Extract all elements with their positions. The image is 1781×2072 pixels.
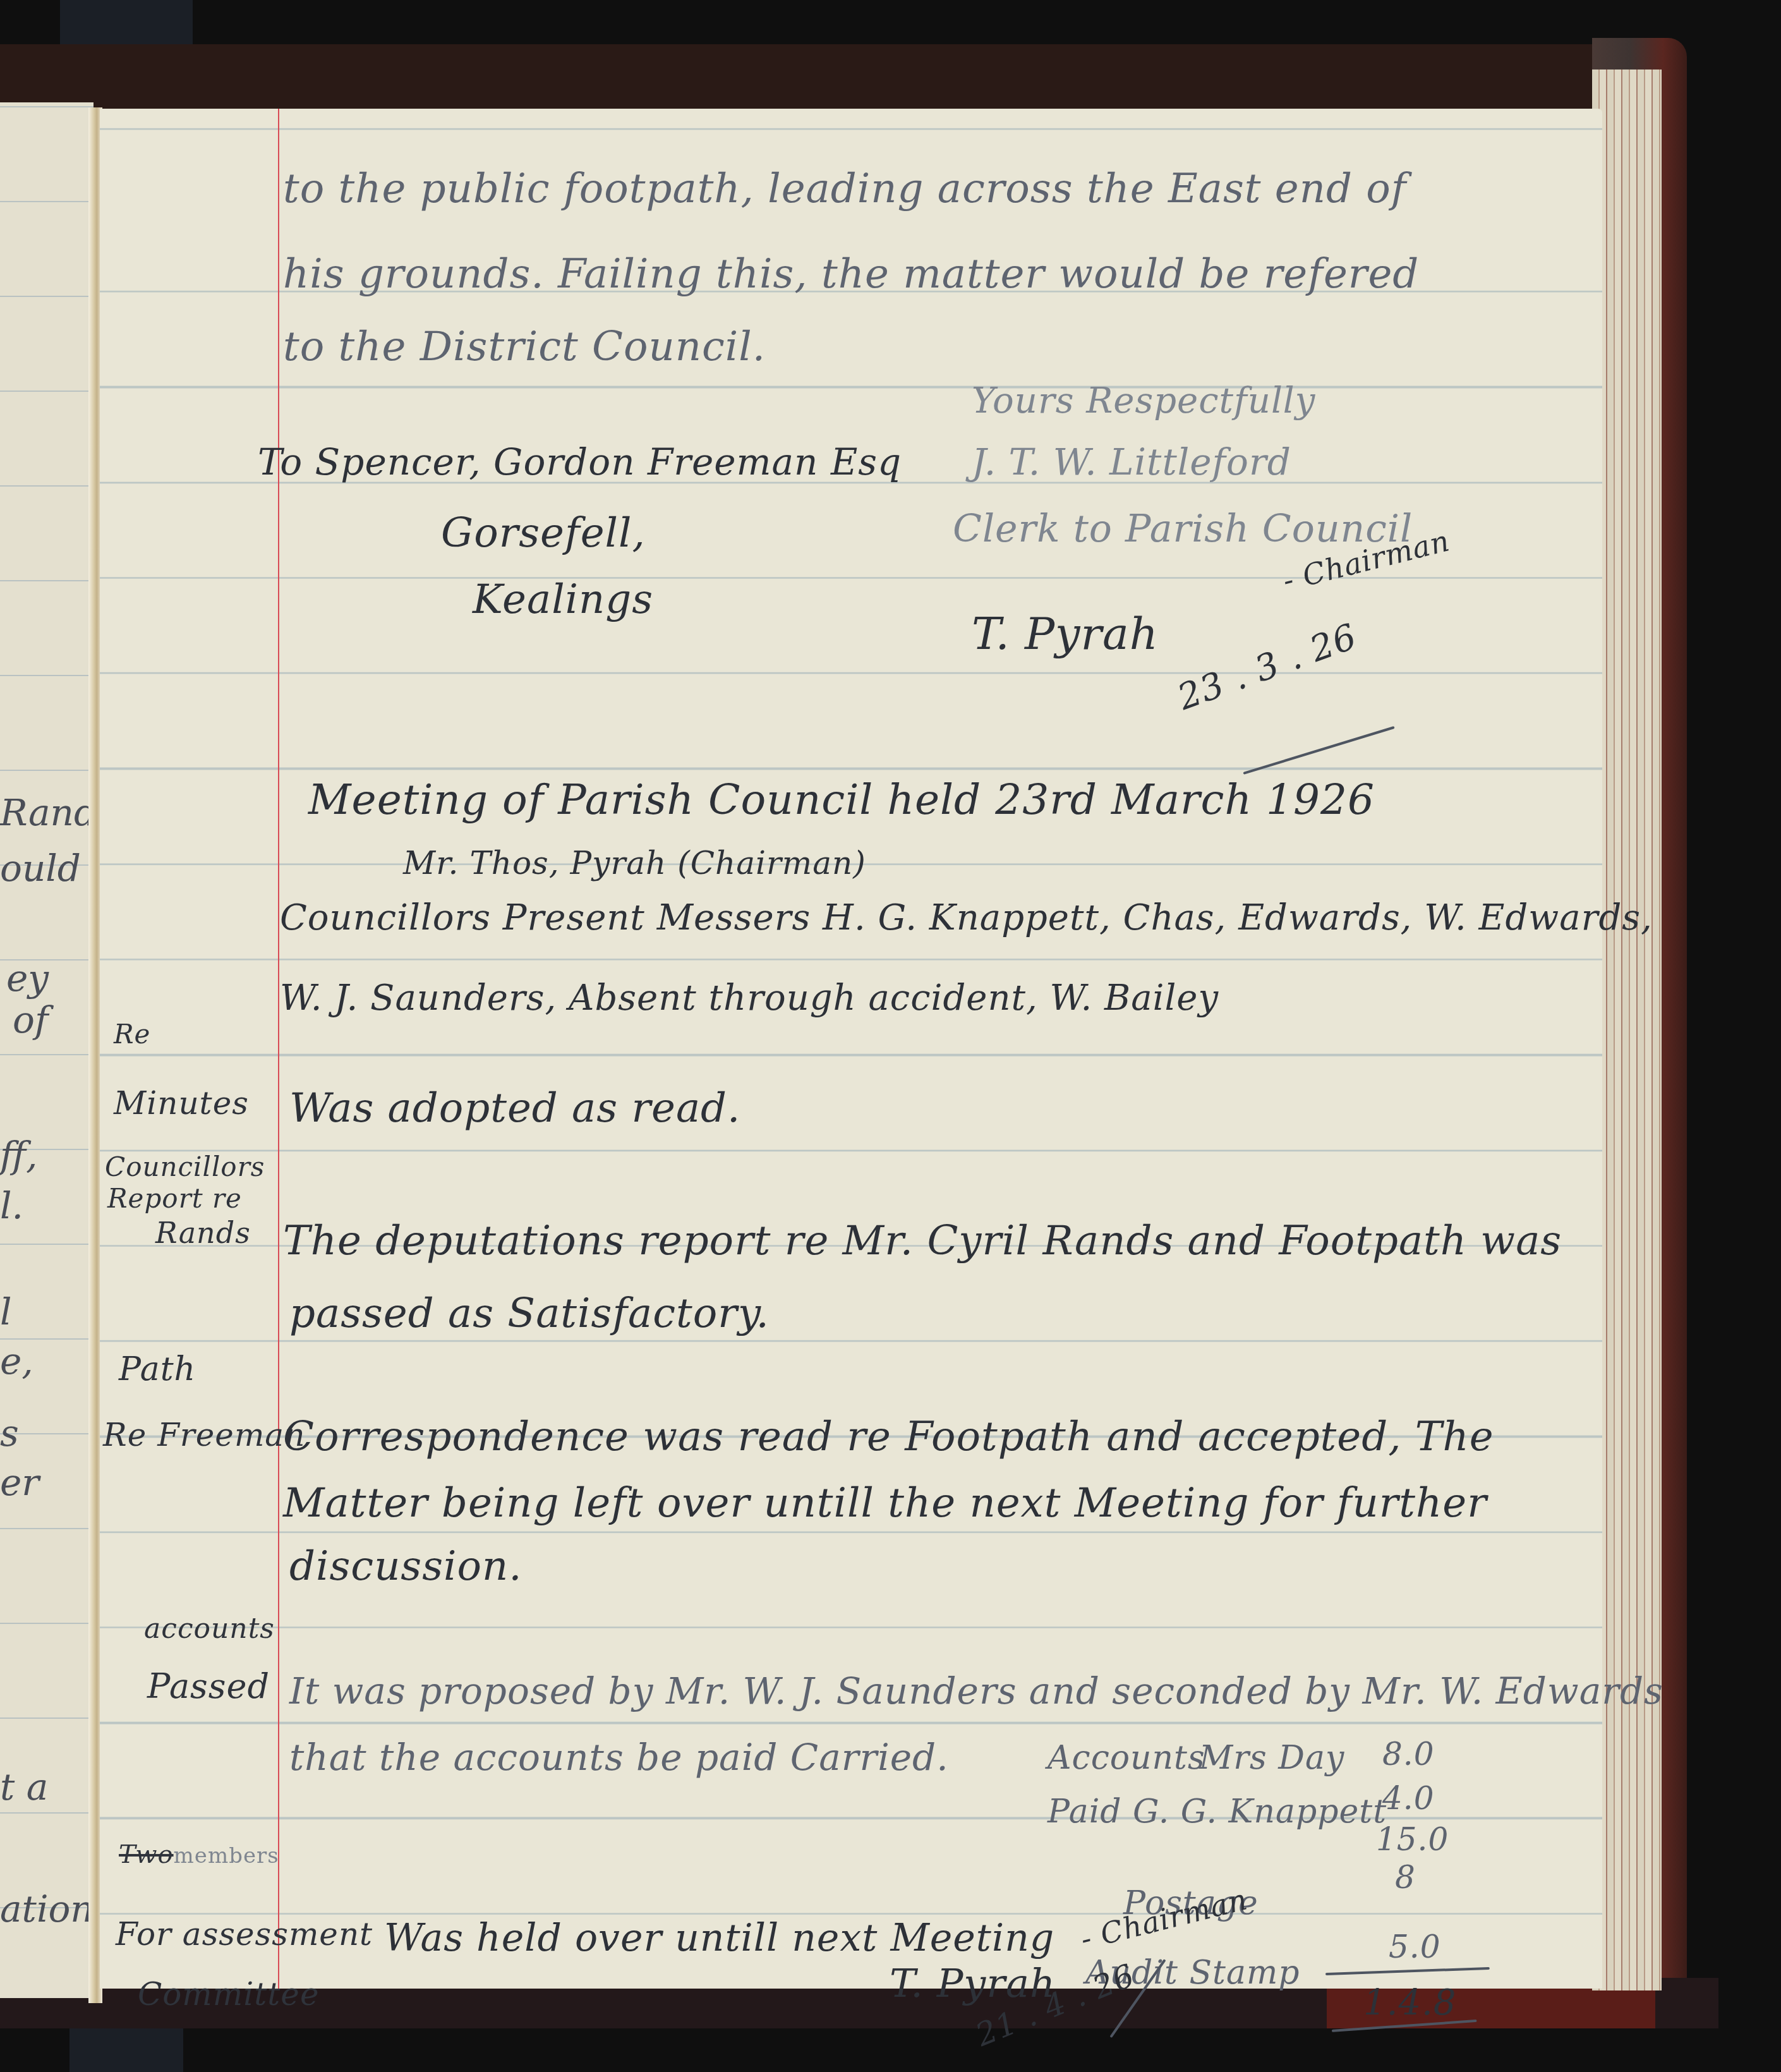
left-fragment: t a	[0, 1766, 48, 1808]
item-text: passed as Satisfactory.	[289, 1290, 770, 1337]
left-fragment: e,	[0, 1340, 33, 1383]
left-fragment: ould	[0, 847, 81, 890]
left-facing-page: Rands ould ey of ff, l. l e, s er t a at…	[0, 102, 94, 1998]
left-fragment: s	[0, 1412, 19, 1455]
signatory-name: J. T. W. Littleford	[972, 440, 1291, 483]
signatory-title: Clerk to Parish Council	[953, 507, 1413, 551]
item-text: Matter being left over untill the next M…	[283, 1480, 1487, 1527]
margin-note: Rands	[155, 1216, 251, 1250]
letter-line: his grounds. Failing this, the matter wo…	[283, 251, 1419, 298]
margin-note-struck: Twomembers	[119, 1840, 279, 1869]
left-fragment: l.	[0, 1184, 23, 1227]
margin-note: accounts	[144, 1613, 275, 1645]
letter-line: to the District Council.	[283, 324, 766, 370]
left-fragment: er	[0, 1461, 39, 1504]
margin-note: Re Freeman	[103, 1417, 305, 1453]
margin-note: Re	[114, 1019, 150, 1050]
margin-rule	[278, 109, 279, 1989]
account-item: Mrs Day	[1199, 1739, 1344, 1777]
letter-line: to the public footpath, leading across t…	[283, 166, 1406, 212]
signature-flourish	[1243, 726, 1394, 775]
left-fragment: ation	[0, 1887, 94, 1930]
account-amount: 8	[1395, 1859, 1416, 1896]
book-cover-top	[0, 44, 1668, 114]
account-item: Paid G. G. Knappett	[1047, 1793, 1387, 1831]
item-text: Correspondence was read re Footpath and …	[283, 1414, 1494, 1460]
item-text: The deputations report re Mr. Cyril Rand…	[283, 1218, 1562, 1264]
item-text: discussion.	[289, 1543, 522, 1590]
addressee-address-line2: Kealings	[473, 576, 653, 623]
account-amount: 4.0	[1382, 1780, 1435, 1817]
approval-date: 23 . 3 . 26	[1173, 616, 1362, 718]
left-fragment: of	[13, 998, 48, 1041]
account-amount: 15.0	[1376, 1821, 1449, 1858]
margin-note: Passed	[147, 1666, 270, 1706]
councillors-present-cont: W. J. Saunders, Absent through accident,…	[280, 978, 1219, 1019]
item-text: that the accounts be paid Carried.	[289, 1736, 949, 1779]
margin-note: Committee	[138, 1976, 320, 2013]
margin-note: Report re	[107, 1183, 242, 1214]
margin-note: Councillors	[105, 1151, 265, 1182]
meeting-heading: Meeting of Parish Council held 23rd Marc…	[308, 775, 1375, 824]
addressee-name: To Spencer, Gordon Freeman Esq	[258, 440, 902, 483]
meeting-chair: Mr. Thos, Pyrah (Chairman)	[403, 845, 866, 882]
councillors-present: Councillors Present Messers H. G. Knappe…	[280, 897, 1653, 938]
accounts-total: 1.4.8	[1363, 1982, 1457, 2023]
margin-note: Minutes	[114, 1085, 249, 1122]
minute-book-page: to the public footpath, leading across t…	[100, 109, 1602, 1989]
item-text: Was adopted as read.	[289, 1085, 740, 1132]
letter-closing: Yours Respectfully	[972, 380, 1315, 421]
left-fragment: ff,	[0, 1134, 38, 1177]
left-fragment: l	[0, 1290, 12, 1333]
left-fragment: ey	[6, 957, 49, 1000]
item-text: Was held over untill next Meeting	[384, 1916, 1054, 1960]
account-amount: 5.0	[1389, 1929, 1441, 1965]
account-amount: 8.0	[1382, 1736, 1435, 1772]
addressee-address-line1: Gorsefell,	[441, 510, 646, 557]
item-text: It was proposed by Mr. W. J. Saunders an…	[289, 1669, 1663, 1712]
accounts-label: Accounts	[1047, 1739, 1205, 1777]
margin-note: For assessment	[116, 1916, 373, 1953]
chairman-signature: T. Pyrah	[972, 608, 1159, 660]
margin-note: Path	[119, 1350, 196, 1388]
total-rule	[1325, 1967, 1490, 1975]
